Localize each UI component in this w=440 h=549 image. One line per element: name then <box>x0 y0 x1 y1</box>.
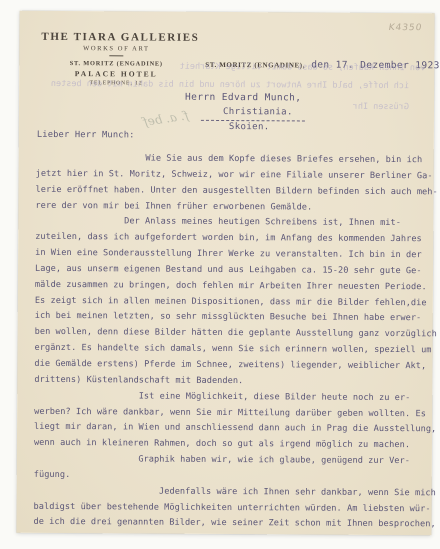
letter-body-line: Jedenfalls wäre ich Ihnen sehr dankbar, … <box>34 484 429 502</box>
letter-body-line: de ich die drei genannten Bilder, wie se… <box>33 515 428 533</box>
letter-body: Wie Sie aus dem Kopfe dieses Briefes ers… <box>33 151 430 534</box>
letter-paper: K4350 THE TIARA GALLERIES WORKS OF ART S… <box>16 11 434 536</box>
recipient-city: Christiania. <box>223 107 293 117</box>
letter-body-line: mälde zusammen zu bringen, doch fehlen m… <box>35 278 430 296</box>
letter-body-line: Ist eine Möglichkeit, diese Bilder heute… <box>34 388 429 406</box>
letterhead-subtitle: WORKS OF ART <box>41 45 191 53</box>
letterhead-divider <box>109 55 123 56</box>
letter-body-line: lerie eröffnet haben. Unter den ausgeste… <box>35 183 430 201</box>
salutation: Lieber Herr Munch: <box>37 130 135 141</box>
recipient-name: Herrn Edvard Munch, <box>185 92 301 104</box>
archive-corner-mark: K4350 <box>388 23 423 33</box>
letter-photo: K4350 THE TIARA GALLERIES WORKS OF ART S… <box>0 0 440 549</box>
pencil-annotation: f. a. bef <box>142 108 189 129</box>
ink-offset-ghost-line-2: ich hoffe, bald Ihre Antwort zu hören un… <box>31 79 409 91</box>
letter-body-line: drittens) Küstenlandschaft mit Badenden. <box>34 373 429 391</box>
recipient-district: Skoien. <box>229 122 270 132</box>
letter-body-line: Graphik haben wir, wie ich glaube, genüg… <box>34 452 429 470</box>
letterhead-gallery-name: THE TIARA GALLERIES <box>41 31 191 44</box>
